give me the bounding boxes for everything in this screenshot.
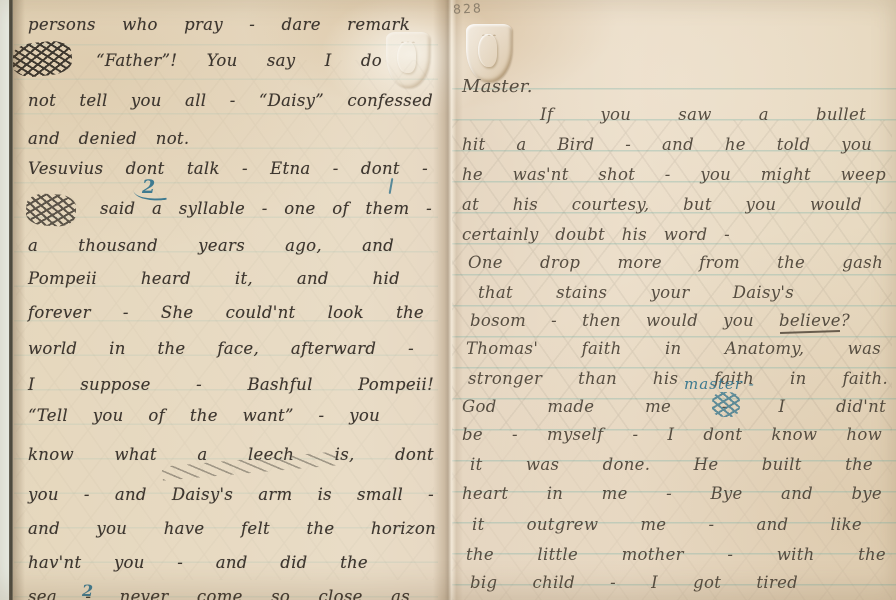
manuscript-scan: 828 persons who pray - dare remark “Fath…	[0, 0, 896, 600]
scan-vignette	[0, 0, 896, 600]
